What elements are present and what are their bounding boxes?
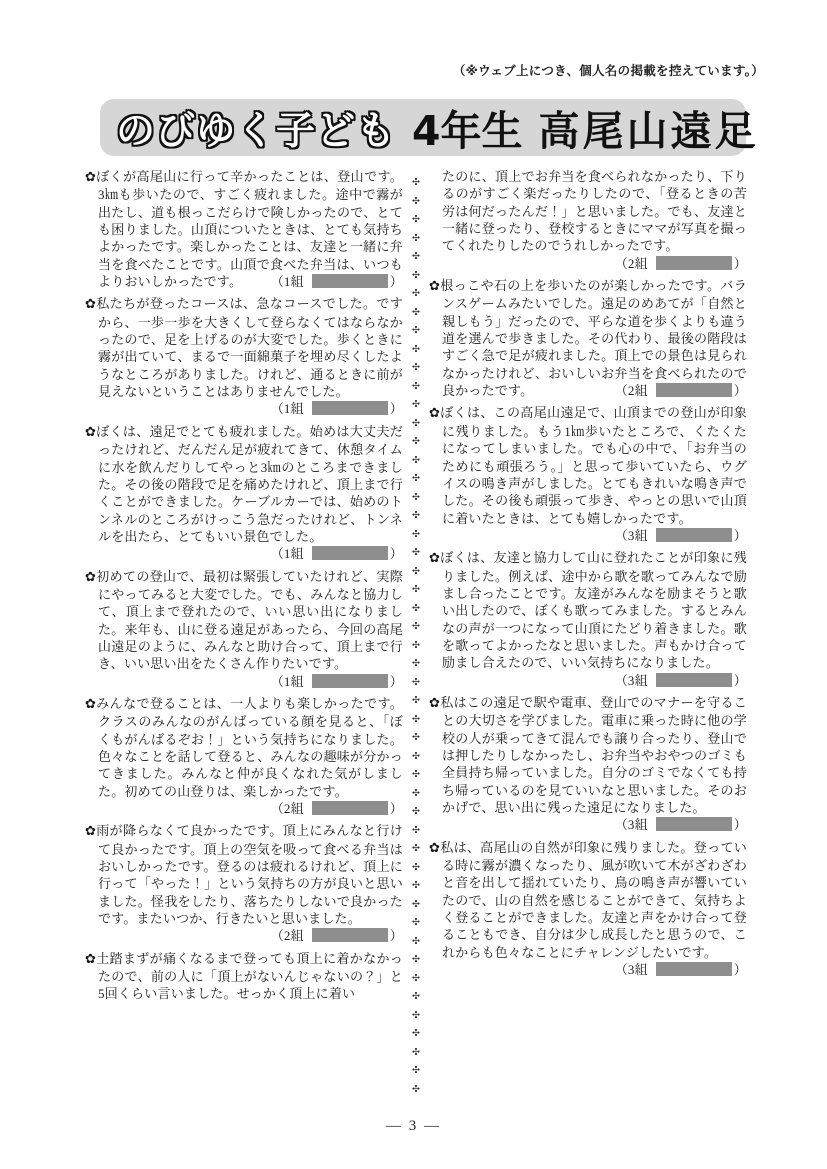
essay-paragraph: ✿私は、高尾山の自然が印象に残りました。登っている時に霧が濃くなったり、風が吹い… <box>429 839 747 979</box>
attribution: （1組） <box>284 400 403 417</box>
essay-paragraph: ✿ぼくが高尾山に行って辛かったことは、登山です。3㎞も歩いたので、すごく疲れまし… <box>85 168 403 290</box>
flower-bullet-icon: ✿ <box>429 279 440 294</box>
essay-text: たのに、頂上でお弁当を食べられなかったり、下りるのがすごく楽だったりしたので、「… <box>442 169 747 253</box>
flower-bullet-icon: ✿ <box>429 551 440 566</box>
flower-bullet-icon: ✿ <box>85 952 96 967</box>
attribution-close: ） <box>734 673 747 688</box>
attribution: （1組） <box>284 273 403 290</box>
essay-text: ぼくは、この高尾山遠足で、山頂までの登山が印象に残りました。もう1㎞歩いたところ… <box>440 405 747 525</box>
redacted-name <box>656 528 732 542</box>
flower-bullet-icon: ✿ <box>85 697 96 712</box>
attribution-class: （3組 <box>615 673 648 688</box>
essay-text: ぼくは、友達と協力して山に登れたことが印象に残りました。例えば、途中から歌を歌っ… <box>440 550 747 670</box>
title-event: 高尾山遠足 <box>539 98 759 157</box>
attribution-class: （2組 <box>615 256 648 271</box>
essay-paragraph: ✿初めての登山で、最初は緊張していたけれど、実際にやってみると大変でした。でも、… <box>85 568 403 690</box>
page-number: — 3 — <box>0 1118 827 1135</box>
attribution: （2組） <box>615 255 747 272</box>
attribution: （3組） <box>628 672 747 689</box>
attribution-class: （1組 <box>271 274 304 289</box>
flower-bullet-icon: ✿ <box>429 696 440 711</box>
essay-text: 私たちが登ったコースは、急なコースでした。ですから、一歩一歩を大きくして登らなく… <box>96 296 403 399</box>
essay-paragraph: ✿ぼくは、友達と協力して山に登れたことが印象に残りました。例えば、途中から歌を歌… <box>429 549 747 689</box>
left-column: ✿ぼくが高尾山に行って辛かったことは、登山です。3㎞も歩いたので、すごく疲れまし… <box>85 168 403 1008</box>
essay-paragraph: ✿私はこの遠足で駅や電車、登山でのマナーを守ることの大切さを学びました。電車に乗… <box>429 694 747 834</box>
essay-paragraph: たのに、頂上でお弁当を食べられなかったり、下りるのがすごく楽だったりしたので、「… <box>429 168 747 272</box>
flower-bullet-icon: ✿ <box>85 297 96 312</box>
flower-bullet-icon: ✿ <box>429 841 440 856</box>
attribution-class: （2組 <box>271 801 304 816</box>
essay-paragraph: ✿私たちが登ったコースは、急なコースでした。ですから、一歩一歩を大きくして登らな… <box>85 295 403 417</box>
attribution: （1組） <box>284 545 403 562</box>
essay-text: みんなで登ることは、一人よりも楽しかったです。クラスのみんなのがんばっている顔を… <box>96 696 403 799</box>
attribution-class: （2組 <box>271 928 304 943</box>
essay-text: 根っこや石の上を歩いたのが楽しかったです。バランスゲームみたいでした。遠足のめあ… <box>440 278 747 398</box>
attribution: （2組） <box>284 800 403 817</box>
attribution-class: （1組 <box>271 401 304 416</box>
essay-paragraph: ✿雨が降らなくて良かったです。頂上にみんなと行けて良かったです。頂上の空気を吸っ… <box>85 822 403 944</box>
redacted-name <box>312 674 388 688</box>
redacted-name <box>656 817 732 831</box>
attribution-close: ） <box>734 962 747 977</box>
attribution-close: ） <box>390 928 403 943</box>
essay-text: ぼくが高尾山に行って辛かったことは、登山です。3㎞も歩いたので、すごく疲れました… <box>96 169 403 289</box>
attribution-class: （1組 <box>271 546 304 561</box>
attribution-close: ） <box>390 674 403 689</box>
redacted-name <box>312 928 388 942</box>
attribution-class: （3組 <box>615 528 648 543</box>
essay-paragraph: ✿みんなで登ることは、一人よりも楽しかったです。クラスのみんなのがんばっている顔… <box>85 695 403 817</box>
attribution-class: （2組 <box>615 383 648 398</box>
title-banner: のびゆく子ども 4年生 高尾山遠足 <box>100 99 746 156</box>
attribution-close: ） <box>734 817 747 832</box>
essay-text: 初めての登山で、最初は緊張していたけれど、実際にやってみると大変でした。でも、み… <box>96 569 403 672</box>
essay-text: ぼくは、遠足でとても疲れました。始めは大丈夫だったけれど、だんだん足が疲れてきて… <box>96 424 403 544</box>
redacted-name <box>656 383 732 397</box>
essay-text: 雨が降らなくて良かったです。頂上にみんなと行けて良かったです。頂上の空気を吸って… <box>96 823 403 926</box>
flower-bullet-icon: ✿ <box>85 824 96 839</box>
newsletter-page: （※ウェブ上につき、個人名の掲載を控えています。） のびゆく子ども 4年生 高尾… <box>0 0 827 1169</box>
attribution-class: （3組 <box>615 962 648 977</box>
column-divider: ✣ ✣ ✣ ✣ ✣ ✣ ✣ ✣ ✣ ✣ ✣ ✣ ✣ ✣ ✣ ✣ ✣ ✣ ✣ ✣ … <box>403 168 429 1099</box>
redacted-name <box>312 801 388 815</box>
flower-bullet-icon: ✿ <box>85 425 96 440</box>
attribution-close: ） <box>390 801 403 816</box>
attribution: （2組） <box>284 927 403 944</box>
attribution: （1組） <box>284 673 403 690</box>
redacted-name <box>656 673 732 687</box>
essay-paragraph: ✿根っこや石の上を歩いたのが楽しかったです。バランスゲームみたいでした。遠足のめ… <box>429 277 747 399</box>
essay-text: 私は、高尾山の自然が印象に残りました。登っている時に霧が濃くなったり、風が吹いて… <box>440 840 747 960</box>
attribution-close: ） <box>734 383 747 398</box>
attribution-close: ） <box>390 274 403 289</box>
right-column: たのに、頂上でお弁当を食べられなかったり、下りるのがすごく楽だったりしたので、「… <box>429 168 747 983</box>
essay-paragraph: ✿ぼくは、遠足でとても疲れました。始めは大丈夫だったけれど、だんだん足が疲れてき… <box>85 423 403 563</box>
attribution-close: ） <box>734 528 747 543</box>
attribution: （3組） <box>628 961 747 978</box>
flower-bullet-icon: ✿ <box>85 570 96 585</box>
essay-text: 私はこの遠足で駅や電車、登山でのマナーを守ることの大切さを学びました。電車に乗っ… <box>440 695 747 815</box>
attribution-class: （1組 <box>271 674 304 689</box>
flower-bullet-icon: ✿ <box>85 170 96 185</box>
privacy-note: （※ウェブ上につき、個人名の掲載を控えています。） <box>453 61 764 79</box>
redacted-name <box>312 274 388 288</box>
redacted-name <box>656 256 732 270</box>
title-grade: 4年生 <box>412 98 523 157</box>
redacted-name <box>656 962 732 976</box>
attribution: （2組） <box>628 382 747 399</box>
essay-text: 土踏まずが痛くなるまで登っても頂上に着かなかったので、前の人に「頂上がないんじゃ… <box>96 951 403 1002</box>
essay-paragraph: ✿土踏まずが痛くなるまで登っても頂上に着かなかったので、前の人に「頂上がないんじ… <box>85 950 403 1003</box>
redacted-name <box>312 546 388 560</box>
flower-bullet-icon: ✿ <box>429 406 440 421</box>
attribution: （3組） <box>628 816 747 833</box>
title-series: のびゆく子ども <box>116 100 396 156</box>
attribution-close: ） <box>390 546 403 561</box>
essay-paragraph: ✿ぼくは、この高尾山遠足で、山頂までの登山が印象に残りました。もう1㎞歩いたとこ… <box>429 404 747 544</box>
attribution-close: ） <box>734 256 747 271</box>
attribution-class: （3組 <box>615 817 648 832</box>
attribution: （3組） <box>628 527 747 544</box>
essay-content: ✿ぼくが高尾山に行って辛かったことは、登山です。3㎞も歩いたので、すごく疲れまし… <box>85 168 747 1099</box>
attribution-close: ） <box>390 401 403 416</box>
redacted-name <box>312 401 388 415</box>
